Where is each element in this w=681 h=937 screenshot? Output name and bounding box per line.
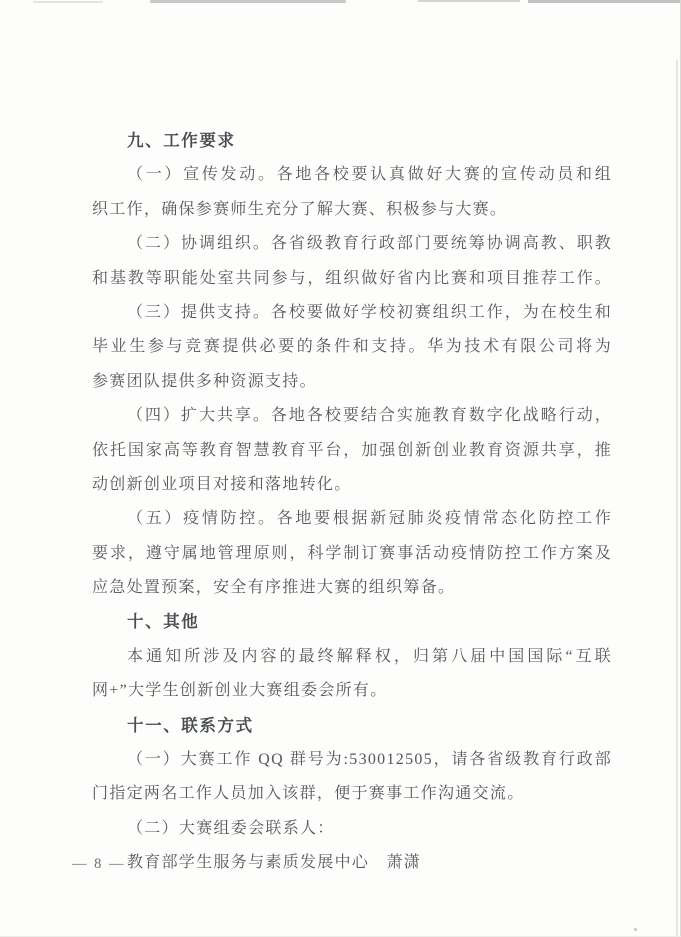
scanned-document-page: 九、工作要求 （一）宣传发动。各地各校要认真做好大赛的宣传动员和组 织工作，确保… (0, 0, 681, 937)
text-line: 动创新创业项目对接和落地转化。 (92, 468, 612, 502)
scan-artifact-top-edge (150, 0, 346, 3)
section-heading-10: 十、其他 (92, 605, 612, 639)
text-line: 门指定两名工作人员加入该群，便于赛事工作沟通交流。 (92, 777, 612, 811)
text-line: 参赛团队提供多种资源支持。 (92, 365, 612, 399)
text-line: （一）大赛工作 QQ 群号为:530012505，请各省级教育行政部 (92, 743, 612, 777)
text-line: 教育部学生服务与素质发展中心 萧潇 (92, 846, 612, 880)
text-line: 依托国家高等教育智慧教育平台，加强创新创业教育资源共享，推 (92, 434, 612, 468)
text-line: （四）扩大共享。各地各校要结合实施教育数字化战略行动， (92, 399, 612, 433)
scan-artifact-top-edge (528, 0, 681, 3)
text-line: 本通知所涉及内容的最终解释权，归第八届中国国际“互联 (92, 640, 612, 674)
page-number: — 8 — (72, 856, 126, 873)
text-line: （五）疫情防控。各地要根据新冠肺炎疫情常态化防控工作 (92, 502, 612, 536)
scan-artifact-top-edge (33, 1, 103, 3)
text-line: 毕业生参与竞赛提供必要的条件和支持。华为技术有限公司将为 (92, 330, 612, 364)
text-line: 要求，遵守属地管理原则，科学制订赛事活动疫情防控工作方案及 (92, 537, 612, 571)
document-body: 九、工作要求 （一）宣传发动。各地各校要认真做好大赛的宣传动员和组 织工作，确保… (92, 124, 612, 881)
text-line: 网+”大学生创新创业大赛组委会所有。 (92, 674, 612, 708)
scan-artifact-right-edge (676, 60, 678, 937)
text-line: （二）大赛组委会联系人： (92, 812, 612, 846)
section-heading-9: 九、工作要求 (92, 124, 612, 158)
scan-artifact-top-edge (418, 0, 520, 2)
text-line: （一）宣传发动。各地各校要认真做好大赛的宣传动员和组 (92, 158, 612, 192)
text-line: 和基教等职能处室共同参与，组织做好省内比赛和项目推荐工作。 (92, 262, 612, 296)
text-line: （二）协调组织。各省级教育行政部门要统筹协调高教、职教 (92, 227, 612, 261)
scan-artifact-speck (634, 928, 637, 931)
text-line: 织工作，确保参赛师生充分了解大赛、积极参与大赛。 (92, 193, 612, 227)
section-heading-11: 十一、联系方式 (92, 709, 612, 743)
text-line: （三）提供支持。各校要做好学校初赛组织工作，为在校生和 (92, 296, 612, 330)
text-line: 应急处置预案，安全有序推进大赛的组织筹备。 (92, 571, 612, 605)
